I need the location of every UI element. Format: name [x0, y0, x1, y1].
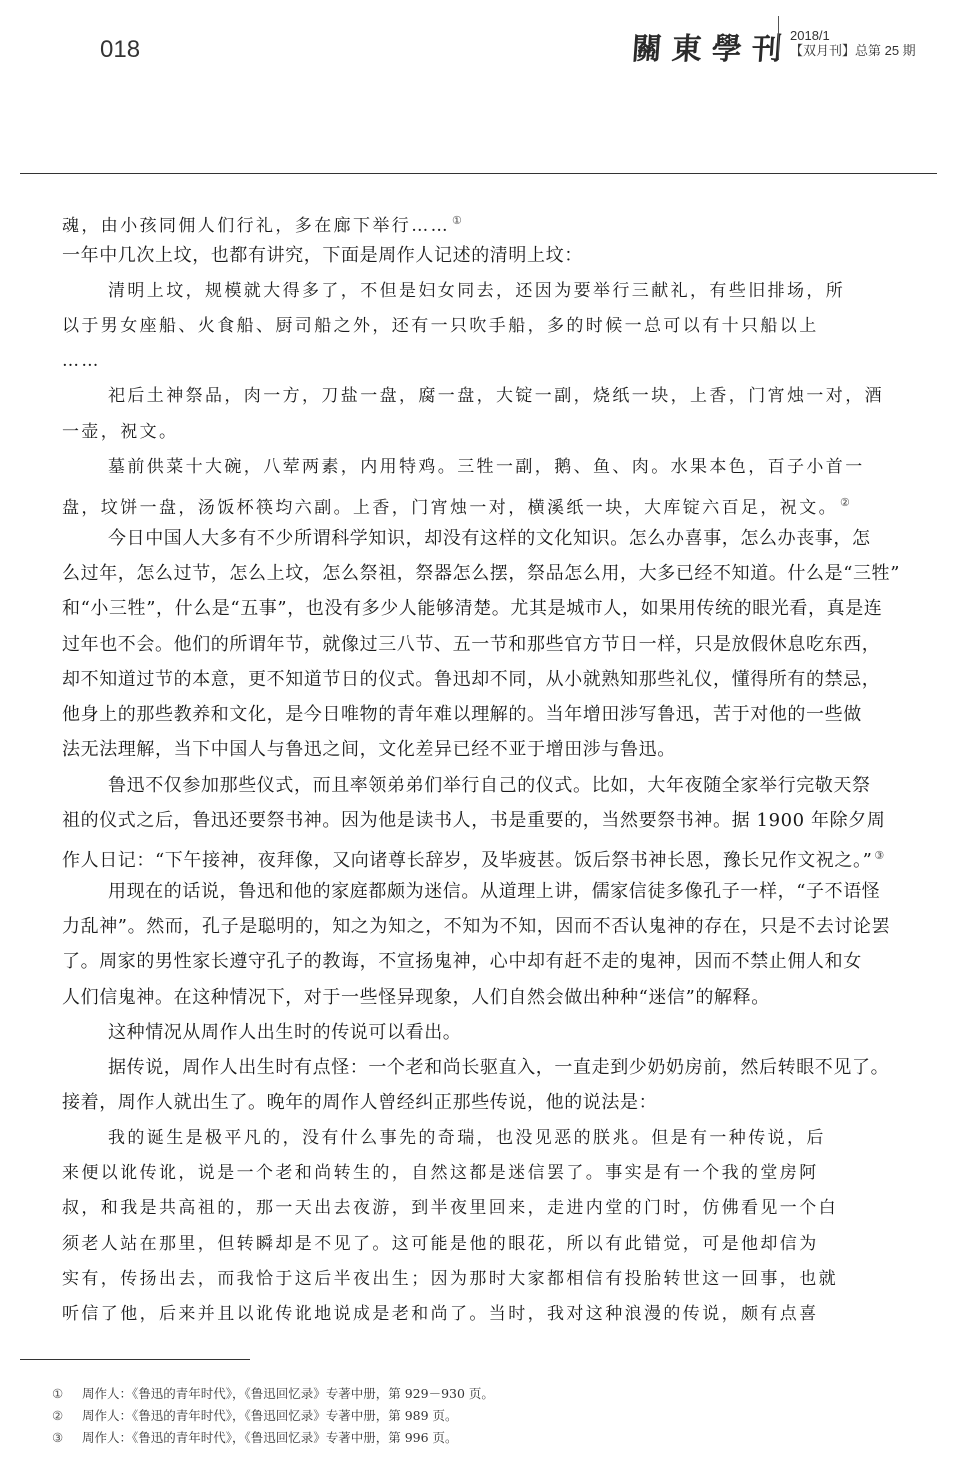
paragraph-line: 法无法理解，当下中国人与鲁迅之间，文化差异已经不亚于增田涉与鲁迅。 — [62, 732, 938, 767]
paragraph-line: 祖的仪式之后，鲁迅还要祭书神。因为他是读书人，书是重要的，当然要祭书神。据 19… — [62, 803, 938, 838]
line-text: 一年中几次上坟，也都有讲究，下面是周作人记述的清明上坟： — [62, 245, 583, 266]
paragraph-line: 作人日记：“下午接神，夜拜像，又向诸尊长辞岁，及毕疲甚。饭后祭书神长恩，豫长兄作… — [62, 838, 938, 873]
quote-line: 以于男女座船、火食船、厨司船之外，还有一只吹手船，多的时候一总可以有十只船以上 — [62, 309, 938, 344]
paragraph-line: 今日中国人大多有不少所谓科学知识，却没有这样的文化知识。怎么办喜事，怎么办丧事，… — [62, 521, 938, 556]
line-text: 用现在的话说，鲁迅和他的家庭都颇为迷信。从道理上讲，儒家信徒多像孔子一样，“子不… — [108, 881, 880, 902]
line-text: 这种情况从周作人出生时的传说可以看出。 — [108, 1022, 461, 1043]
quote-line: …… — [62, 344, 938, 379]
line-text: 祀后土神祭品，肉一方，刀盐一盘，腐一盘，大锭一副，烧纸一块，上香，门宵烛一对，酒 — [108, 386, 884, 406]
footnote-reference[interactable]: ③ — [874, 849, 884, 862]
quote-line: 祀后土神祭品，肉一方，刀盐一盘，腐一盘，大锭一副，烧纸一块，上香，门宵烛一对，酒 — [62, 379, 938, 414]
line-text: 我的诞生是极平凡的，没有什么事先的奇瑞，也没见恶的朕兆。但是有一种传说，后 — [108, 1128, 826, 1148]
paragraph-line: 和“小三牲”，什么是“五事”，也没有多少人能够清楚。尤其是城市人，如果用传统的眼… — [62, 591, 938, 626]
footnote-rule — [20, 1359, 250, 1360]
paragraph-line: 接着，周作人就出生了。晚年的周作人曾经纠正那些传说，他的说法是： — [62, 1085, 938, 1120]
header-divider — [778, 16, 779, 60]
footnote-marker: ② — [52, 1405, 82, 1427]
footnote-reference[interactable]: ① — [452, 214, 464, 227]
footnote-marker: ③ — [52, 1427, 82, 1449]
quote-line: 听信了他，后来并且以讹传讹地说成是老和尚了。当时，我对这种浪漫的传说，颇有点喜 — [62, 1297, 938, 1332]
quote-line: 叔，和我是共高祖的，那一天出去夜游，到半夜里回来，走进内堂的门时，仿佛看见一个白 — [62, 1191, 938, 1226]
footnote-text: 周作人：《鲁迅的青年时代》，《鲁迅回忆录》专著中册，第 996 页。 — [82, 1430, 458, 1445]
line-text: 鲁迅不仅参加那些仪式，而且率领弟弟们举行自己的仪式。比如，大年夜随全家举行完敬天… — [108, 775, 871, 796]
quote-line: 墓前供菜十大碗，八荤两素，内用特鸡。三牲一副，鹅、鱼、肉。水果本色，百子小首一 — [62, 450, 938, 485]
paragraph-line: 这种情况从周作人出生时的传说可以看出。 — [62, 1015, 938, 1050]
line-text: 据传说，周作人出生时有点怪：一个老和尚长驱直入，一直走到少奶奶房前，然后转眼不见… — [108, 1057, 889, 1078]
line-text: 叔，和我是共高祖的，那一天出去夜游，到半夜里回来，走进内堂的门时，仿佛看见一个白 — [62, 1198, 838, 1218]
line-text: 却不知道过节的本意，更不知道节日的仪式。鲁迅却不同，从小就熟知那些礼仪，懂得所有… — [62, 669, 880, 690]
header-rule — [20, 173, 937, 174]
quote-line: 魂，由小孩同佣人们行礼，多在廊下举行……① — [62, 203, 938, 238]
paragraph-line: 么过年，怎么过节，怎么上坟，怎么祭祖，祭器怎么摆，祭品怎么用，大多已经不知道。什… — [62, 556, 938, 591]
quote-line: 须老人站在那里，但转瞬却是不见了。这可能是他的眼花，所以有此错觉，可是他却信为 — [62, 1227, 938, 1262]
issue-detail: 【双月刊】总第 25 期 — [790, 43, 916, 58]
line-text: 须老人站在那里，但转瞬却是不见了。这可能是他的眼花，所以有此错觉，可是他却信为 — [62, 1234, 819, 1254]
line-text: 祖的仪式之后，鲁迅还要祭书神。因为他是读书人，书是重要的，当然要祭书神。据 19… — [62, 810, 885, 831]
paragraph-line: 过年也不会。他们的所谓年节，就像过三八节、五一节和那些官方节日一样，只是放假休息… — [62, 627, 938, 662]
line-text: 墓前供菜十大碗，八荤两素，内用特鸡。三牲一副，鹅、鱼、肉。水果本色，百子小首一 — [108, 457, 865, 477]
footnotes: ①周作人：《鲁迅的青年时代》，《鲁迅回忆录》专著中册，第 929－930 页。②… — [52, 1383, 494, 1449]
footnote-reference[interactable]: ② — [840, 496, 852, 509]
line-text: 了。周家的男性家长遵守孔子的教诲，不宣扬鬼神，心中却有赶不走的鬼神，因而不禁止佣… — [62, 951, 862, 972]
line-text: 他身上的那些教养和文化，是今日唯物的青年难以理解的。当年增田涉写鲁迅，苦于对他的… — [62, 704, 862, 725]
quote-line: 来便以讹传讹，说是一个老和尚转生的，自然这都是迷信罢了。事实是有一个我的堂房阿 — [62, 1156, 938, 1191]
line-text: 清明上坟，规模就大得多了，不但是妇女同去，还因为要举行三献礼，有些旧排场，所 — [108, 281, 845, 301]
line-text: 来便以讹传讹，说是一个老和尚转生的，自然这都是迷信罢了。事实是有一个我的堂房阿 — [62, 1163, 819, 1183]
paragraph-line: 一年中几次上坟，也都有讲究，下面是周作人记述的清明上坟： — [62, 238, 938, 273]
line-text: 接着，周作人就出生了。晚年的周作人曾经纠正那些传说，他的说法是： — [62, 1092, 657, 1113]
issue-year: 2018/1 — [790, 28, 916, 43]
line-text: 法无法理解，当下中国人与鲁迅之间，文化差异已经不亚于增田涉与鲁迅。 — [62, 739, 676, 760]
paragraph-line: 人们信鬼神。在这种情况下，对于一些怪异现象，人们自然会做出种种“迷信”的解释。 — [62, 980, 938, 1015]
footnote-text: 周作人：《鲁迅的青年时代》，《鲁迅回忆录》专著中册，第 989 页。 — [82, 1408, 458, 1423]
line-text: 一壶，祝文。 — [62, 422, 178, 442]
line-text: 盘，坟饼一盘，汤饭杯筷均六副。上香，门宵烛一对，横溪纸一块，大库锭六百足，祝文。 — [62, 498, 838, 518]
footnote-marker: ① — [52, 1383, 82, 1405]
paragraph-line: 他身上的那些教养和文化，是今日唯物的青年难以理解的。当年增田涉写鲁迅，苦于对他的… — [62, 697, 938, 732]
footnote-item: ②周作人：《鲁迅的青年时代》，《鲁迅回忆录》专著中册，第 989 页。 — [52, 1405, 494, 1427]
quote-line: 盘，坟饼一盘，汤饭杯筷均六副。上香，门宵烛一对，横溪纸一块，大库锭六百足，祝文。… — [62, 485, 938, 520]
journal-title: 關東學刊 — [630, 24, 793, 68]
line-text: 么过年，怎么过节，怎么上坟，怎么祭祖，祭器怎么摆，祭品怎么用，大多已经不知道。什… — [62, 563, 900, 584]
quote-line: 清明上坟，规模就大得多了，不但是妇女同去，还因为要举行三献礼，有些旧排场，所 — [62, 274, 938, 309]
paragraph-line: 鲁迅不仅参加那些仪式，而且率领弟弟们举行自己的仪式。比如，大年夜随全家举行完敬天… — [62, 768, 938, 803]
paragraph-line: 了。周家的男性家长遵守孔子的教诲，不宣扬鬼神，心中却有赶不走的鬼神，因而不禁止佣… — [62, 944, 938, 979]
line-text: 力乱神”。然而，孔子是聪明的，知之为知之，不知为不知，因而不否认鬼神的存在，只是… — [62, 916, 890, 937]
footnote-item: ③周作人：《鲁迅的青年时代》，《鲁迅回忆录》专著中册，第 996 页。 — [52, 1427, 494, 1449]
quote-line: 我的诞生是极平凡的，没有什么事先的奇瑞，也没见恶的朕兆。但是有一种传说，后 — [62, 1121, 938, 1156]
line-text: 和“小三牲”，什么是“五事”，也没有多少人能够清楚。尤其是城市人，如果用传统的眼… — [62, 598, 882, 619]
line-text: 作人日记：“下午接神，夜拜像，又向诸尊长辞岁，及毕疲甚。饭后祭书神长恩，豫长兄作… — [62, 850, 872, 871]
line-text: 听信了他，后来并且以讹传讹地说成是老和尚了。当时，我对这种浪漫的传说，颇有点喜 — [62, 1304, 819, 1324]
quote-line: 一壶，祝文。 — [62, 415, 938, 450]
issue-info: 2018/1 【双月刊】总第 25 期 — [790, 28, 916, 58]
line-text: 今日中国人大多有不少所谓科学知识，却没有这样的文化知识。怎么办喜事，怎么办丧事，… — [108, 528, 871, 549]
footnote-item: ①周作人：《鲁迅的青年时代》，《鲁迅回忆录》专著中册，第 929－930 页。 — [52, 1383, 494, 1405]
line-text: 过年也不会。他们的所谓年节，就像过三八节、五一节和那些官方节日一样，只是放假休息… — [62, 634, 880, 655]
line-text: 人们信鬼神。在这种情况下，对于一些怪异现象，人们自然会做出种种“迷信”的解释。 — [62, 987, 770, 1008]
paragraph-line: 却不知道过节的本意，更不知道节日的仪式。鲁迅却不同，从小就熟知那些礼仪，懂得所有… — [62, 662, 938, 697]
line-text: …… — [62, 351, 101, 371]
page-number: 018 — [100, 36, 140, 64]
paragraph-line: 力乱神”。然而，孔子是聪明的，知之为知之，不知为不知，因而不否认鬼神的存在，只是… — [62, 909, 938, 944]
footnote-text: 周作人：《鲁迅的青年时代》，《鲁迅回忆录》专著中册，第 929－930 页。 — [82, 1386, 494, 1401]
line-text: 魂，由小孩同佣人们行礼，多在廊下举行…… — [62, 216, 450, 236]
article-body: 魂，由小孩同佣人们行礼，多在廊下举行……①一年中几次上坟，也都有讲究，下面是周作… — [62, 203, 938, 1333]
line-text: 以于男女座船、火食船、厨司船之外，还有一只吹手船，多的时候一总可以有十只船以上 — [62, 316, 819, 336]
quote-line: 实有，传扬出去，而我恰于这后半夜出生；因为那时大家都相信有投胎转世这一回事，也就 — [62, 1262, 938, 1297]
paragraph-line: 据传说，周作人出生时有点怪：一个老和尚长驱直入，一直走到少奶奶房前，然后转眼不见… — [62, 1050, 938, 1085]
line-text: 实有，传扬出去，而我恰于这后半夜出生；因为那时大家都相信有投胎转世这一回事，也就 — [62, 1269, 838, 1289]
paragraph-line: 用现在的话说，鲁迅和他的家庭都颇为迷信。从道理上讲，儒家信徒多像孔子一样，“子不… — [62, 874, 938, 909]
